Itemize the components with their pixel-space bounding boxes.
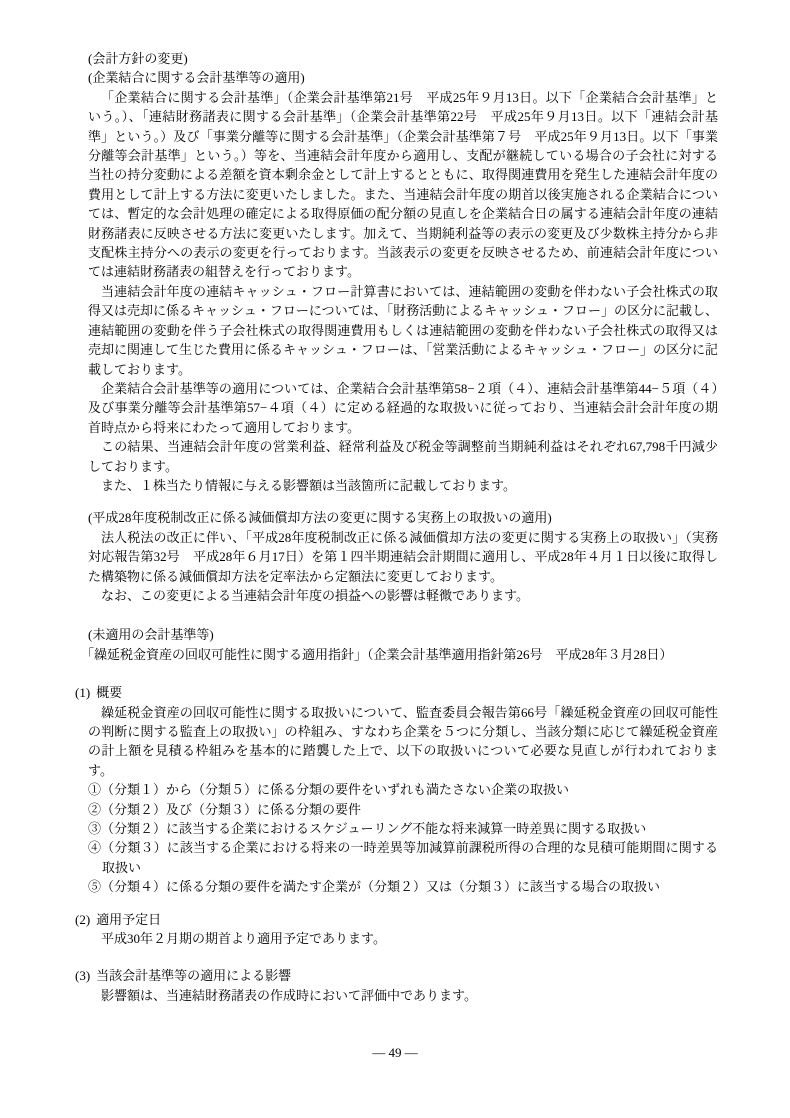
section-3-heading: (3)当該会計基準等の適用による影響 bbox=[75, 966, 718, 985]
section-3-title: 当該会計基準等の適用による影響 bbox=[96, 968, 291, 983]
paragraph-business-combination-3: 企業結合会計基準等の適用については、企業結合会計基準第58−２項（４）、連結会計… bbox=[88, 379, 718, 437]
classification-item-list: ①（分類１）から（分類５）に係る分類の要件をいずれも満たさない企業の取扱い ②（… bbox=[88, 780, 718, 896]
section-1-heading: (1)概要 bbox=[75, 683, 718, 702]
paragraph-impact: 影響額は、当連結財務諸表の作成時において評価中であります。 bbox=[88, 986, 718, 1005]
list-item-2: ②（分類２）及び（分類３）に係る分類の要件 bbox=[88, 800, 718, 819]
section-1-number: (1) bbox=[75, 685, 90, 700]
document-page: (会計方針の変更) (企業結合に関する会計基準等の適用) 「企業結合に関する会計… bbox=[0, 0, 790, 1118]
section-1-title: 概要 bbox=[96, 685, 122, 700]
standard-title-line: 「繰延税金資産の回収可能性に関する適用指針」（企業会計基準適用指針第26号 平成… bbox=[81, 645, 718, 664]
list-item-3: ③（分類２）に該当する企業におけるスケジューリング不能な将来減算一時差異に関する… bbox=[88, 819, 718, 838]
heading-depreciation-treatment: (平成28年度税制改正に係る減価償却方法の変更に関する実務上の取扱いの適用) bbox=[88, 508, 718, 527]
list-item-1: ①（分類１）から（分類５）に係る分類の要件をいずれも満たさない企業の取扱い bbox=[88, 780, 718, 799]
paragraph-business-combination-2: 当連結会計年度の連結キャッシュ・フロー計算書においては、連結範囲の変動を伴わない… bbox=[88, 282, 718, 379]
paragraph-overview: 繰延税金資産の回収可能性に関する取扱いについて、監査委員会報告第66号「繰延税金… bbox=[88, 703, 718, 781]
section-2-title: 適用予定日 bbox=[96, 912, 161, 927]
page-number: ― 49 ― bbox=[0, 1043, 790, 1062]
list-item-4: ④（分類３）に該当する企業における将来の一時差異等加減算前課税所得の合理的な見積… bbox=[88, 838, 718, 877]
list-item-5: ⑤（分類４）に係る分類の要件を満たす企業が（分類２）又は（分類３）に該当する場合… bbox=[88, 877, 718, 896]
heading-unapplied-standards: (未適用の会計基準等) bbox=[88, 625, 718, 644]
paragraph-depreciation-2: なお、この変更による当連結会計年度の損益への影響は軽微であります。 bbox=[88, 586, 718, 605]
section-2-heading: (2)適用予定日 bbox=[75, 910, 718, 929]
paragraph-depreciation-1: 法人税法の改正に伴い、「平成28年度税制改正に係る減価償却方法の変更に関する実務… bbox=[88, 528, 718, 586]
paragraph-application-date: 平成30年２月期の期首より適用予定であります。 bbox=[88, 929, 718, 948]
section-2-number: (2) bbox=[75, 912, 90, 927]
heading-accounting-policy-change: (会計方針の変更) bbox=[88, 49, 718, 68]
heading-business-combination: (企業結合に関する会計基準等の適用) bbox=[88, 68, 718, 87]
document-content: (会計方針の変更) (企業結合に関する会計基準等の適用) 「企業結合に関する会計… bbox=[88, 49, 718, 1005]
paragraph-business-combination-5: また、１株当たり情報に与える影響額は当該箇所に記載しております。 bbox=[88, 476, 718, 495]
paragraph-business-combination-4: この結果、当連結会計年度の営業利益、経常利益及び税金等調整前当期純利益はそれぞれ… bbox=[88, 437, 718, 476]
paragraph-business-combination-1: 「企業結合に関する会計基準」（企業会計基準第21号 平成25年９月13日。以下「… bbox=[88, 88, 718, 282]
section-3-number: (3) bbox=[75, 968, 90, 983]
